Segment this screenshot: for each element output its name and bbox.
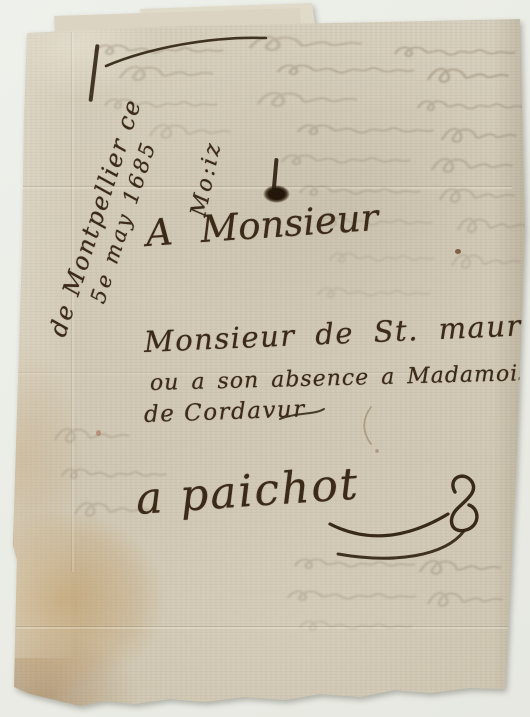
ink-speck [375, 10, 380, 14]
address-alternate-1: ou a son absence a Madamoiselle [150, 360, 530, 396]
ink-speck [455, 249, 461, 254]
paper-sheet: de Montpellier ce 5e may 1685 Mo:iz A Mo… [0, 0, 530, 717]
ink-flourishes [0, 0, 530, 717]
rust-speck [96, 430, 101, 436]
left-fold-strip [14, 28, 72, 658]
fold-crease-lower [16, 626, 512, 629]
ink-stroke [88, 44, 99, 102]
bleedthrough-writing [0, 0, 530, 717]
ink-blot [263, 185, 290, 203]
vertical-mark: Mo:iz [186, 106, 233, 219]
address-recipient: Monsieur de St. maurice [143, 306, 530, 359]
address-destination: a paichot [134, 458, 361, 524]
address-salutation: A Monsieur [145, 196, 380, 255]
address-alternate-2: de Cordavur [144, 396, 307, 428]
photo-background: de Montpellier ce 5e may 1685 Mo:iz A Mo… [0, 0, 530, 717]
letter-photo: de Montpellier ce 5e may 1685 Mo:iz A Mo… [0, 0, 530, 717]
